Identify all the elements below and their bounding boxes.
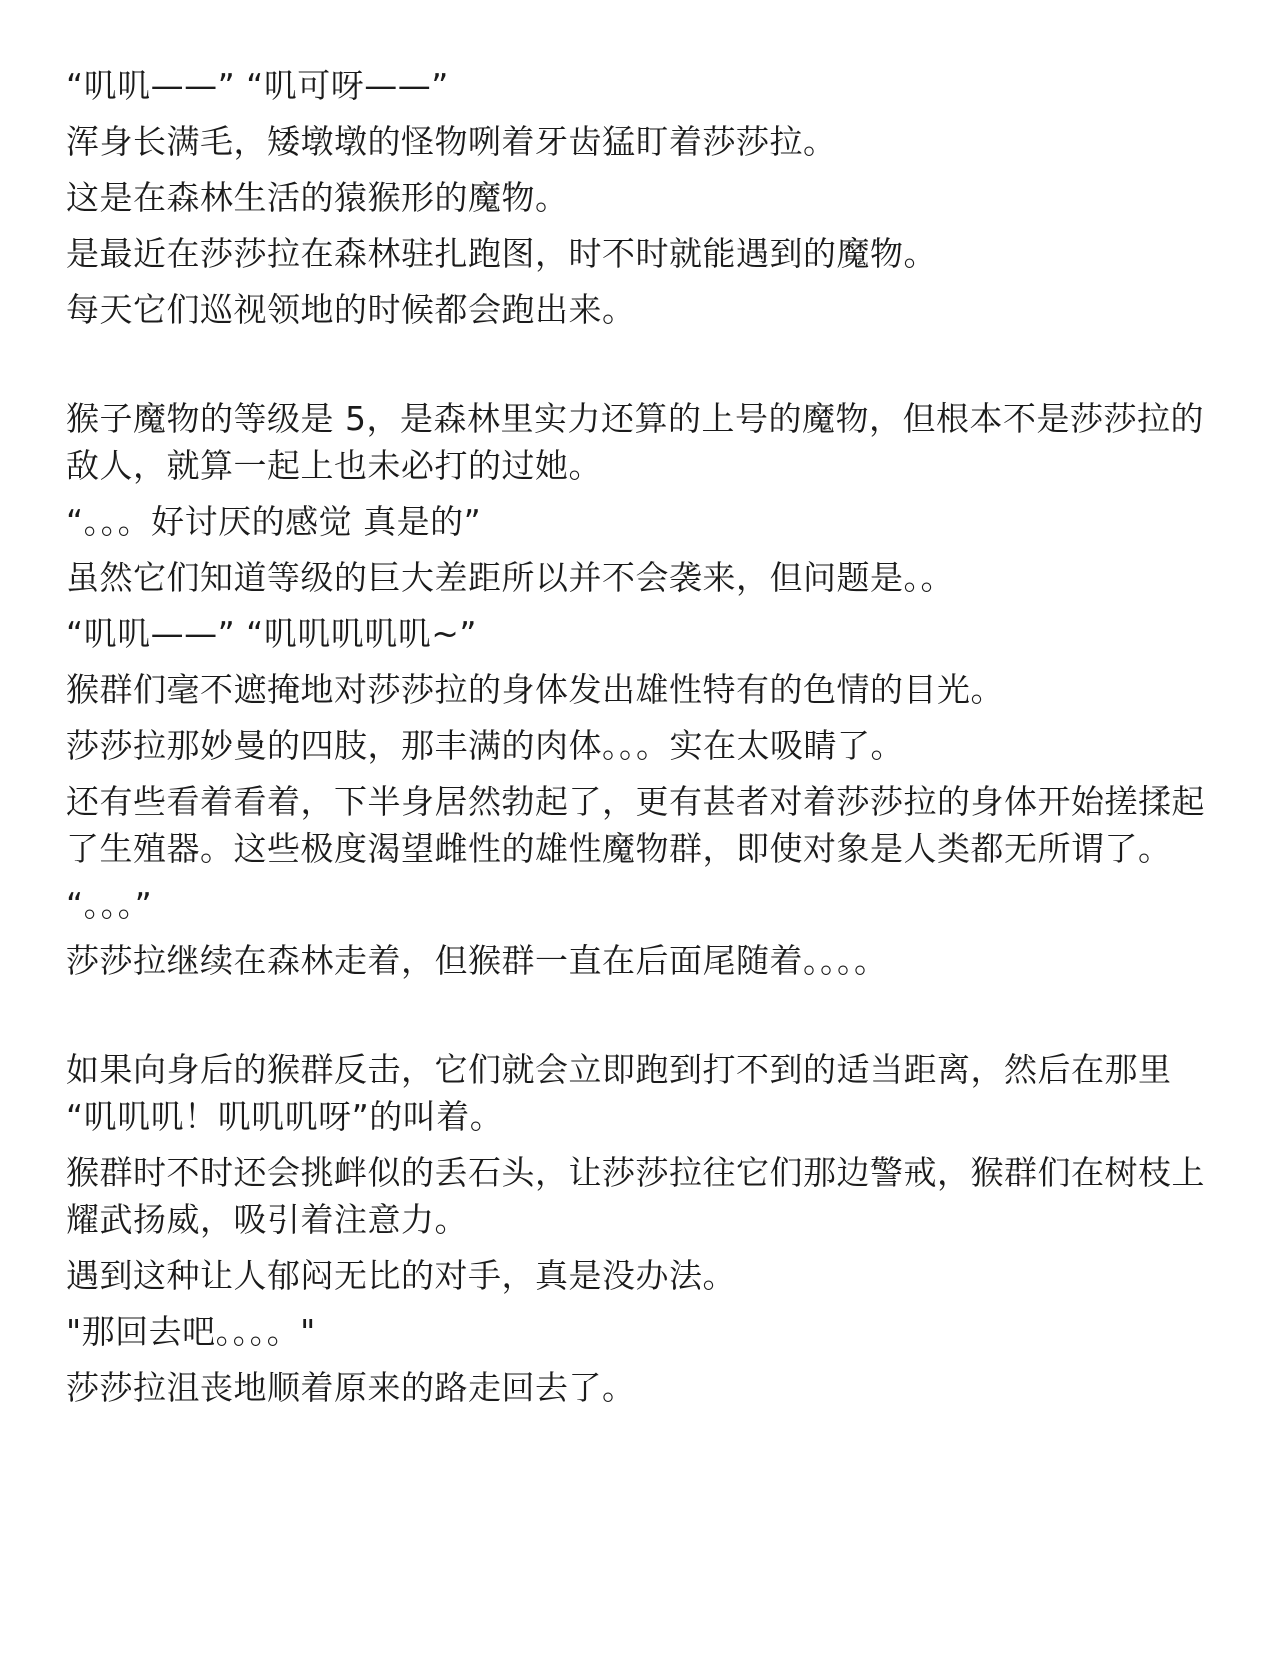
document-page: “叽叽——” “叽可呀——”浑身长满毛，矮墩墩的怪物咧着牙齿猛盯着莎莎拉。这是在… <box>0 0 1280 1657</box>
narration-line: 如果向身后的猴群反击，它们就会立即跑到打不到的适当距离，然后在那里“叽叽叽！叽叽… <box>66 1046 1222 1140</box>
narration-line: 猴群时不时还会挑衅似的丢石头，让莎莎拉往它们那边警戒，猴群们在树枝上耀武扬威，吸… <box>66 1149 1222 1243</box>
narration-line: 猴子魔物的等级是 5，是森林里实力还算的上号的魔物，但根本不是莎莎拉的敌人，就算… <box>66 395 1222 489</box>
narration-line: 莎莎拉沮丧地顺着原来的路走回去了。 <box>66 1364 1222 1411</box>
narration-line: 浑身长满毛，矮墩墩的怪物咧着牙齿猛盯着莎莎拉。 <box>66 118 1222 165</box>
narration-line: 遇到这种让人郁闷无比的对手，真是没办法。 <box>66 1252 1222 1299</box>
dialogue-line: "那回去吧。。。。" <box>66 1308 1222 1355</box>
narration-line: 是最近在莎莎拉在森林驻扎跑图，时不时就能遇到的魔物。 <box>66 230 1222 277</box>
narration-line: 每天它们巡视领地的时候都会跑出来。 <box>66 286 1222 333</box>
narration-line: 虽然它们知道等级的巨大差距所以并不会袭来，但问题是。。 <box>66 554 1222 601</box>
narration-line: 莎莎拉那妙曼的四肢，那丰满的肉体。。。实在太吸睛了。 <box>66 722 1222 769</box>
narration-line: 莎莎拉继续在森林走着，但猴群一直在后面尾随着。。。。 <box>66 937 1222 984</box>
narration-line: 猴群们毫不遮掩地对莎莎拉的身体发出雄性特有的色情的目光。 <box>66 666 1222 713</box>
narration-line: 这是在森林生活的猿猴形的魔物。 <box>66 174 1222 221</box>
story-text-body: “叽叽——” “叽可呀——”浑身长满毛，矮墩墩的怪物咧着牙齿猛盯着莎莎拉。这是在… <box>66 62 1222 1411</box>
dialogue-line: “叽叽——” “叽可呀——” <box>66 62 1222 109</box>
dialogue-line: “叽叽——” “叽叽叽叽叽~” <box>66 610 1222 657</box>
dialogue-line: “。。。好讨厌的感觉 真是的” <box>66 498 1222 545</box>
dialogue-line: “。。。” <box>66 881 1222 928</box>
narration-line: 还有些看着看着，下半身居然勃起了，更有甚者对着莎莎拉的身体开始搓揉起了生殖器。这… <box>66 778 1222 872</box>
